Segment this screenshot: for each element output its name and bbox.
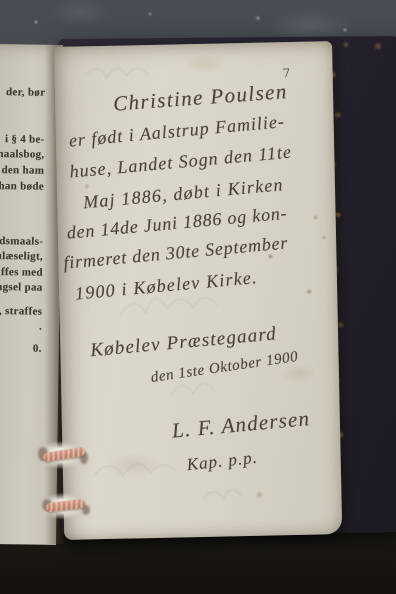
printed-text-fragment: i § 4 be- [5,134,45,146]
printed-text-fragment: 0. [33,344,42,355]
printed-text-fragment: ulæseligt, [0,251,43,263]
printed-text-fragment: affes med [0,267,43,279]
printed-text-fragment: naalsbog, [0,149,45,161]
printed-text-fragment: ngsel paa [0,282,43,294]
printed-text-fragment: dsmaals- [0,236,43,248]
printed-text-fragment: . [39,322,42,333]
printed-text-fragment: der, bør [6,87,45,99]
right-page: 7 Christine Poulsen er født i Aalstrup F… [54,41,342,540]
photograph: der, bør i § 4 be- naalsbog, den ham han… [0,0,396,594]
printed-text-fragment: han bøde [0,181,44,193]
printed-text-fragment: den ham [1,165,44,177]
printed-text-fragment: g, straffes [0,306,42,318]
